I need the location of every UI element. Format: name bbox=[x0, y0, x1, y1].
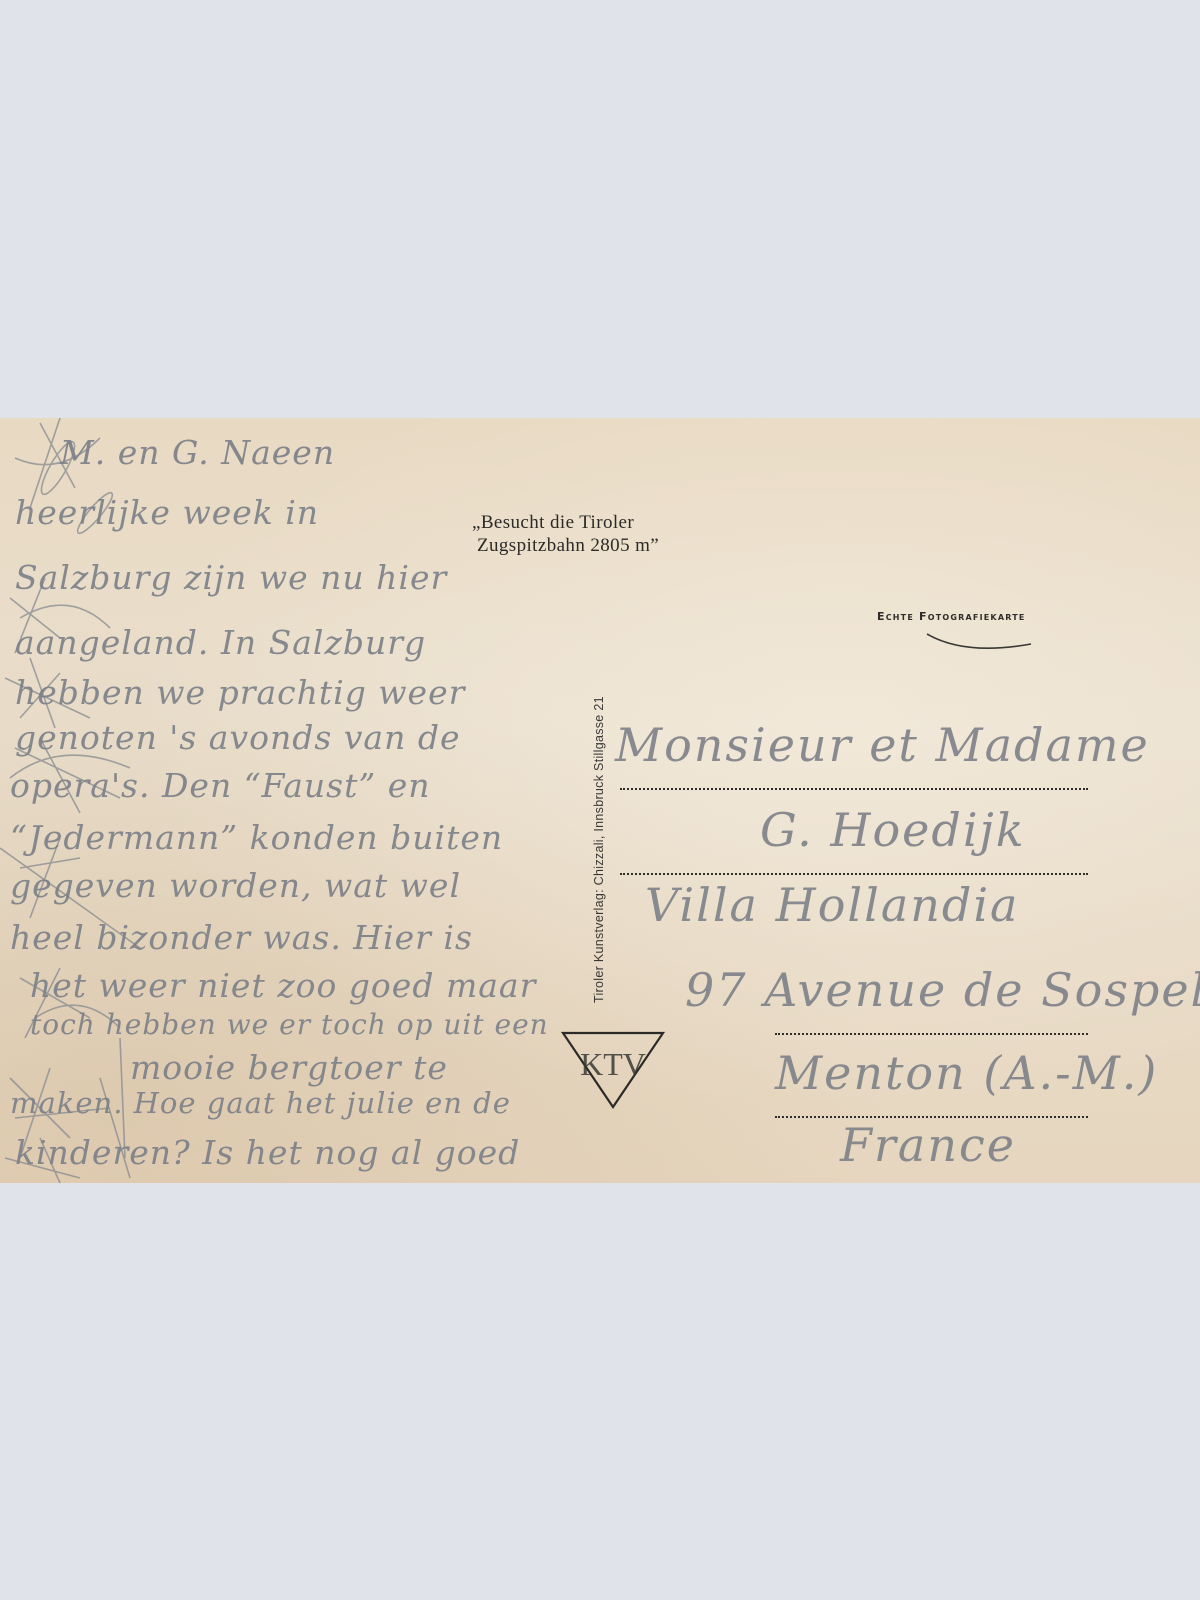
message-line: maken. Hoe gaat het julie en de bbox=[10, 1086, 511, 1120]
address-line-3: Villa Hollandia bbox=[645, 878, 1019, 932]
card-type-swoosh bbox=[925, 632, 1035, 654]
postcard-back: „Besucht die Tiroler Zugspitzbahn 2805 m… bbox=[0, 418, 1200, 1183]
caption-line-2: Zugspitzbahn 2805 m” bbox=[472, 534, 659, 557]
message-line: Salzburg zijn we nu hier bbox=[15, 558, 447, 597]
message-line: toch hebben we er toch op uit een bbox=[30, 1008, 549, 1041]
address-line-6: France bbox=[840, 1118, 1016, 1172]
address-rule-1 bbox=[620, 788, 1088, 790]
message-line: genoten 's avonds van de bbox=[15, 718, 461, 757]
message-line: mooie bergtoer te bbox=[130, 1048, 448, 1087]
message-line: opera's. Den “Faust” en bbox=[10, 766, 430, 805]
publisher-imprint: Tiroler Kunstverlag: Chizzali, Innsbruck… bbox=[592, 696, 606, 1003]
caption-line-1: „Besucht die Tiroler bbox=[472, 511, 659, 534]
address-rule-3 bbox=[775, 1033, 1088, 1035]
ktv-logo-icon: KTV bbox=[560, 1030, 666, 1110]
svg-text:KTV: KTV bbox=[580, 1046, 646, 1082]
message-line: gegeven worden, wat wel bbox=[10, 866, 461, 905]
address-line-4: 97 Avenue de Sospel bbox=[685, 963, 1200, 1017]
address-line-1: Monsieur et Madame bbox=[615, 718, 1150, 772]
message-line: aangeland. In Salzburg bbox=[15, 623, 426, 662]
message-line: heerlijke week in bbox=[15, 493, 319, 532]
message-line: M. en G. Naeen bbox=[60, 433, 335, 472]
card-type-label: Echte Fotografiekarte bbox=[877, 610, 1026, 623]
address-line-5: Menton (A.-M.) bbox=[775, 1046, 1158, 1100]
message-line: “Jedermann” konden buiten bbox=[10, 818, 503, 857]
message-line: heel bizonder was. Hier is bbox=[10, 918, 473, 957]
printed-caption: „Besucht die Tiroler Zugspitzbahn 2805 m… bbox=[472, 511, 659, 557]
address-rule-2 bbox=[620, 873, 1088, 875]
message-line: hebben we prachtig weer bbox=[15, 673, 465, 712]
message-line: kinderen? Is het nog al goed bbox=[15, 1133, 520, 1172]
address-line-2: G. Hoedijk bbox=[760, 803, 1026, 857]
message-line: het weer niet zoo goed maar bbox=[30, 966, 536, 1005]
